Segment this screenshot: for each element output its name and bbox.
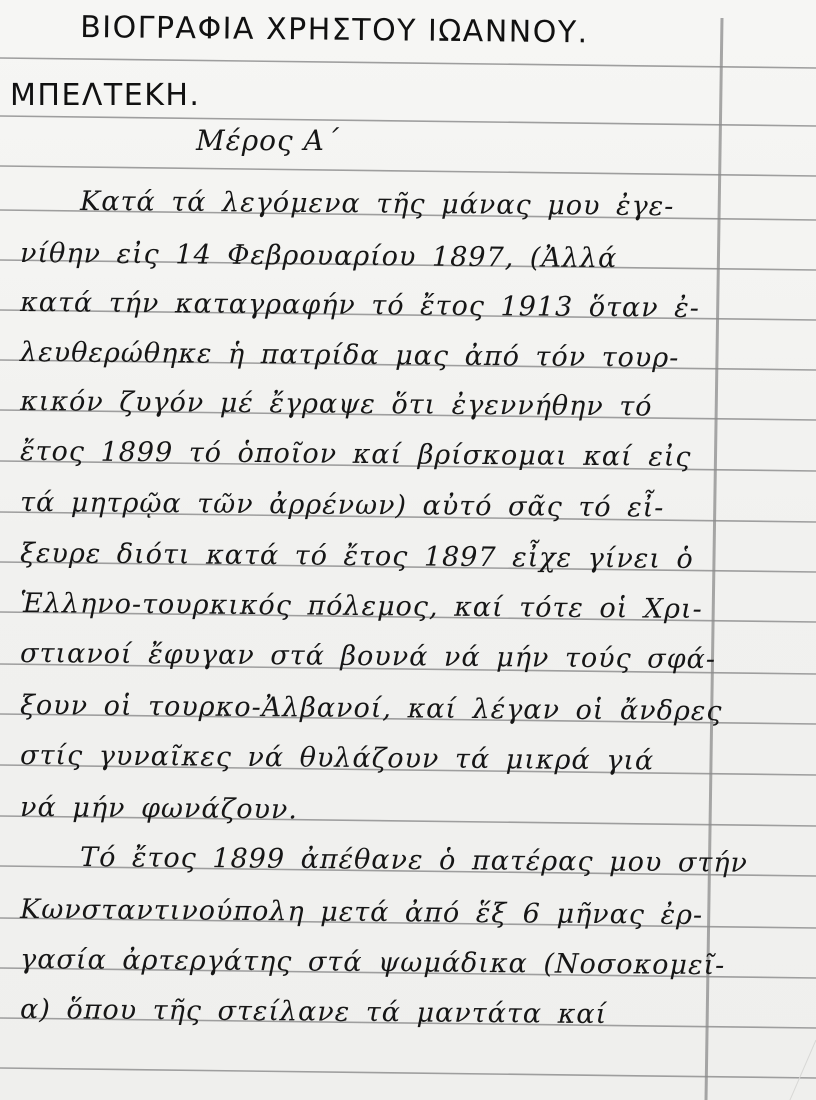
manuscript-page: ΒΙΟΓΡΑΦΙΑ ΧΡΗΣΤΟΥ ΙΩΑΝΝΟΥ. ΜΠΕΛΤΕΚΗ. Μέρ… xyxy=(0,0,816,1100)
manuscript-line: τά μητρῷα τῶν ἀρρένων) αὐτό σᾶς τό εἶ- xyxy=(20,487,665,524)
manuscript-line: κατά τήν καταγραφήν τό ἔτος 1913 ὅταν ἐ- xyxy=(20,287,700,324)
manuscript-line: Κωνσταντινούπολη μετά ἀπό ἕξ 6 μῆνας ἐρ- xyxy=(20,894,703,931)
manuscript-line: ξευρε διότι κατά τό ἔτος 1897 εἶχε γίνει… xyxy=(20,538,694,575)
title-line-1: ΒΙΟΓΡΑΦΙΑ ΧΡΗΣΤΟΥ ΙΩΑΝΝΟΥ. xyxy=(80,10,589,50)
manuscript-line: στιανοί ἔφυγαν στά βουνά νά μήν τούς σφά… xyxy=(20,638,716,675)
manuscript-line: κικόν ζυγόν μέ ἔγραψε ὅτι ἐγεννήθην τό xyxy=(20,386,653,423)
manuscript-line: νίθην εἰς 14 Φεβρουαρίου 1897, (Ἀλλά xyxy=(20,238,617,274)
manuscript-line: ἔτος 1899 τό ὁποῖον καί βρίσκομαι καί εἰ… xyxy=(20,436,692,473)
manuscript-line: στίς γυναῖκες νά θυλάζουν τά μικρά γιά xyxy=(20,740,654,777)
manuscript-line: Κατά τά λεγόμενα τῆς μάνας μου ἐγε- xyxy=(80,186,674,222)
manuscript-line: Ἑλληνο-τουρκικός πόλεμος, καί τότε οἱ Χρ… xyxy=(20,588,703,625)
manuscript-line: Τό ἔτος 1899 ἀπέθανε ὁ πατέρας μου στήν xyxy=(80,842,748,879)
manuscript-line: νά μήν φωνάζουν. xyxy=(20,792,298,825)
manuscript-line: α) ὅπου τῆς στείλανε τά μαντάτα καί xyxy=(20,994,607,1030)
manuscript-line: λευθερώθηκε ἡ πατρίδα μας ἀπό τόν τουρ- xyxy=(20,337,679,374)
manuscript-line: γασία ἀρτεργάτης στά ψωμάδικα (Νοσοκομεῖ… xyxy=(20,944,725,981)
margin-line xyxy=(706,18,722,1100)
manuscript-line: ξουν οἱ τουρκο-Ἀλβανοί, καί λέγαν οἱ ἄνδ… xyxy=(20,690,723,727)
part-heading: Μέρος Α΄ xyxy=(196,124,340,157)
title-line-2: ΜΠΕΛΤΕΚΗ. xyxy=(10,78,200,113)
